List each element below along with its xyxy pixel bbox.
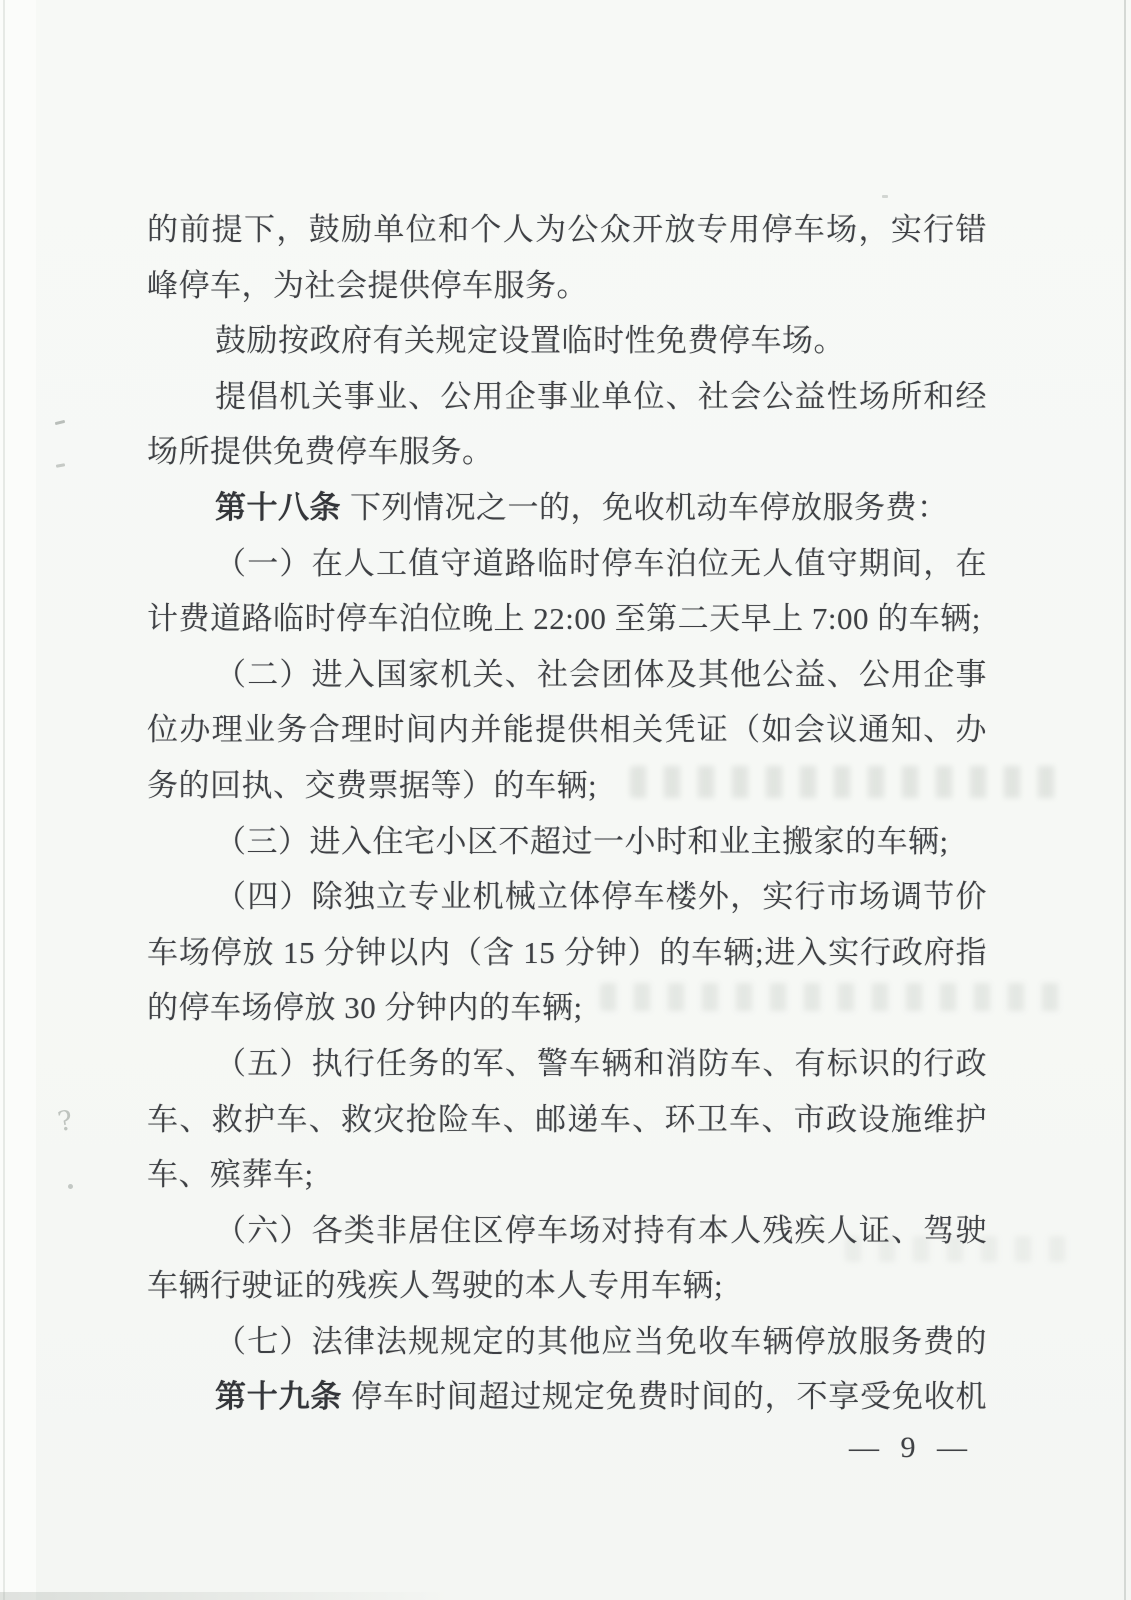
scanned-document-page: ? 的前提下，鼓励单位和个人为公众开放专用停车场，实行错时错峰停车，为社会提供停… <box>0 0 1131 1600</box>
text-line: 第十八条下列情况之一的，免收机动车停放服务费： <box>147 480 987 536</box>
text-line: 车辆行驶证的残疾人驾驶的本人专用车辆; <box>147 1258 987 1314</box>
text-line: 场所提供免费停车服务。 <box>147 424 987 480</box>
text-line: 的停车场停放 30 分钟内的车辆; <box>147 980 987 1036</box>
scan-speck <box>68 1184 73 1189</box>
text-line: 提倡机关事业、公用企事业单位、社会公益性场所和经营性 <box>147 369 987 425</box>
text-line: 车、殡葬车; <box>147 1147 987 1203</box>
text-line: （四）除独立专业机械立体停车楼外，实行市场调节价的停 <box>147 869 987 925</box>
text-line: 峰停车，为社会提供停车服务。 <box>147 258 987 314</box>
scan-bottom-shadow <box>0 1592 450 1600</box>
text-line: 的前提下，鼓励单位和个人为公众开放专用停车场，实行错时错 <box>147 202 987 258</box>
text-line: 车、救护车、救灾抢险车、邮递车、环卫车、市政设施维护维修 <box>147 1092 987 1148</box>
page-number: — 9 — <box>849 1431 974 1465</box>
text-line: 位办理业务合理时间内并能提供相关凭证（如会议通知、办理业 <box>147 702 987 758</box>
scan-speck <box>882 195 888 198</box>
scan-left-strip <box>0 0 36 1600</box>
scan-edge-right <box>1124 0 1126 1600</box>
text-line: （五）执行任务的军、警车辆和消防车、有标识的行政执法 <box>147 1036 987 1092</box>
text-line: （一）在人工值守道路临时停车泊位无人值守期间，在自动 <box>147 536 987 592</box>
text-line: 鼓励按政府有关规定设置临时性免费停车场。 <box>147 313 987 369</box>
text-line: （六）各类非居住区停车场对持有本人残疾人证、驾驶证和 <box>147 1203 987 1259</box>
article-number: 第十八条 <box>215 490 341 525</box>
line-text: 下列情况之一的，免收机动车停放服务费： <box>350 490 949 525</box>
document-text-block: 的前提下，鼓励单位和个人为公众开放专用停车场，实行错时错峰停车，为社会提供停车服… <box>147 202 987 1425</box>
scan-speck <box>55 420 65 425</box>
scan-edge-left <box>3 0 5 1600</box>
text-line: 计费道路临时停车泊位晚上 22:00 至第二天早上 7:00 的车辆; <box>147 591 987 647</box>
text-line: （三）进入住宅小区不超过一小时和业主搬家的车辆; <box>147 814 987 870</box>
article-number: 第十九条 <box>215 1379 342 1414</box>
text-line: （七）法律法规规定的其他应当免收车辆停放服务费的车辆。 <box>147 1314 987 1370</box>
scan-speck <box>56 463 65 468</box>
text-line: 车场停放 15 分钟以内（含 15 分钟）的车辆;进入实行政府指导价 <box>147 925 987 981</box>
text-line: 第十九条停车时间超过规定免费时间的，不享受免收机动车 <box>147 1369 987 1425</box>
text-line: （二）进入国家机关、社会团体及其他公益、公用企事业单 <box>147 647 987 703</box>
pencil-scribble: ? <box>55 1105 75 1138</box>
text-line: 务的回执、交费票据等）的车辆; <box>147 758 987 814</box>
